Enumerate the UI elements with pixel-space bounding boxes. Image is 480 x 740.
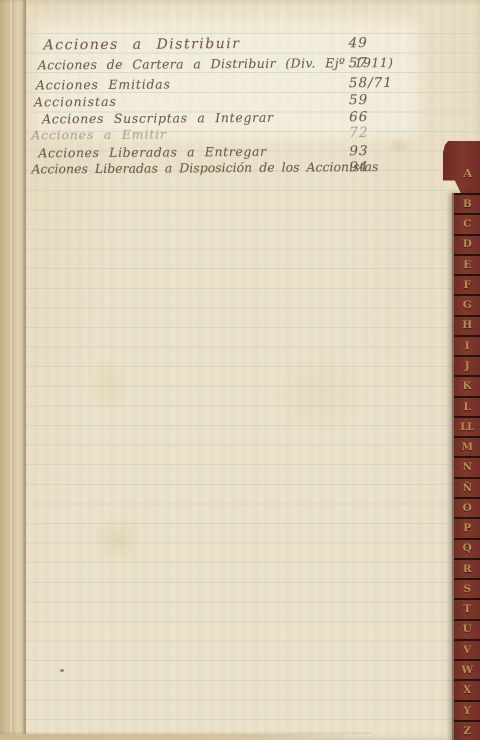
tab-letter: G [463, 300, 471, 311]
alpha-tab-ñ: Ñ [454, 477, 480, 497]
alpha-tab-l: L [454, 396, 480, 416]
paper: Acciones a Distribuir 49 Acciones de Car… [0, 0, 480, 740]
tab-letter: T [463, 604, 470, 615]
entry-title: Accionistas [34, 94, 117, 110]
alpha-tab-q: Q [454, 538, 480, 558]
index-entry: Acciones Liberadas a Disposición de los … [0, 158, 480, 180]
alpha-tab-w: W [454, 659, 480, 679]
tab-letter: D [463, 239, 472, 250]
index-entries: Acciones a Distribuir 49 Acciones de Car… [0, 0, 480, 202]
entry-title: Acciones Emitidas [36, 76, 171, 92]
alpha-tab-g: G [454, 294, 480, 314]
cover-edge [0, 734, 372, 740]
alpha-tab-t: T [454, 598, 480, 618]
alpha-tab-v: V [454, 639, 480, 659]
alpha-tab-b: B [454, 193, 480, 213]
tab-letter: E [463, 260, 471, 271]
tab-letter: U [463, 624, 472, 635]
alpha-tab-r: R [454, 558, 480, 578]
entry-title: Acciones a Distribuir [44, 36, 241, 53]
alpha-tab-k: K [454, 375, 480, 395]
tab-letter: F [464, 280, 471, 291]
tab-letter: S [463, 584, 470, 595]
tab-letter: W [461, 665, 472, 676]
alpha-tab-z: Z [454, 720, 480, 740]
entry-page-number: 66 [349, 109, 368, 125]
tab-letter: O [463, 503, 472, 514]
binding-edge [0, 0, 26, 740]
index-entry: Acciones de Cartera a Distribuir (Div. E… [0, 54, 480, 76]
alpha-tab-y: Y [454, 700, 480, 720]
entry-page-number: 58/71 [349, 75, 393, 91]
alpha-tab-h: H [454, 315, 480, 335]
alpha-tab-s: S [454, 578, 480, 598]
alpha-tab-o: O [454, 497, 480, 517]
tab-letter: Y [464, 706, 471, 717]
tab-letter: Z [463, 726, 470, 737]
entry-title: Acciones de Cartera a Distribuir (Div. E… [38, 55, 394, 72]
alphabet-tab-strip: BCDEFGHIJKLLLMNÑOPQRSTUVWXYZ [452, 193, 480, 740]
tab-letter: M [461, 442, 472, 453]
tab-letter: B [463, 199, 471, 210]
tab-letter: J [465, 361, 469, 372]
alpha-tab-j: J [454, 355, 480, 375]
entry-page-number: 93 [349, 143, 368, 159]
alpha-tab-c: C [454, 213, 480, 233]
entry-title: Acciones Liberadas a Entregar [38, 144, 266, 161]
tab-letter: H [462, 320, 471, 331]
tab-letter: LL [460, 422, 474, 433]
entry-page-number: 72 [349, 125, 368, 141]
tab-letter: Ñ [462, 483, 471, 494]
alpha-tab-ll: LL [454, 416, 480, 436]
alpha-tab-e: E [454, 254, 480, 274]
entry-title: Acciones Liberadas a Disposición de los … [31, 159, 378, 176]
entry-page-number: 59 [349, 92, 368, 108]
tab-letter: N [462, 462, 471, 473]
tab-letter: V [463, 645, 471, 656]
tab-letter: P [463, 523, 470, 534]
ledger-index-scan: Acciones a Distribuir 49 Acciones de Car… [0, 0, 480, 740]
alpha-tab-p: P [454, 517, 480, 537]
tab-letter: K [463, 381, 472, 392]
entry-title: Acciones a Emitir [31, 127, 166, 143]
tab-letter: R [463, 564, 471, 575]
entry-page-number: 49 [349, 35, 368, 51]
alpha-tab-i: I [454, 335, 480, 355]
alpha-tab-d: D [454, 234, 480, 254]
alpha-tab-n: N [454, 456, 480, 476]
alpha-tab-x: X [454, 679, 480, 699]
tab-letter: I [465, 341, 469, 352]
tab-letter: L [464, 402, 471, 413]
tab-letter: X [463, 685, 471, 696]
alpha-tab-u: U [454, 619, 480, 639]
alpha-tab-f: F [454, 274, 480, 294]
index-entry: Acciones a Distribuir 49 [0, 34, 480, 56]
tab-letter: Q [463, 543, 472, 554]
entry-page-number: 57 [349, 55, 368, 71]
tab-letter: A [463, 168, 471, 180]
alpha-tab-m: M [454, 436, 480, 456]
tab-letter: C [463, 219, 471, 230]
entry-page-number: 94 [349, 159, 368, 175]
entry-title: Acciones Suscriptas a Integrar [42, 110, 274, 127]
